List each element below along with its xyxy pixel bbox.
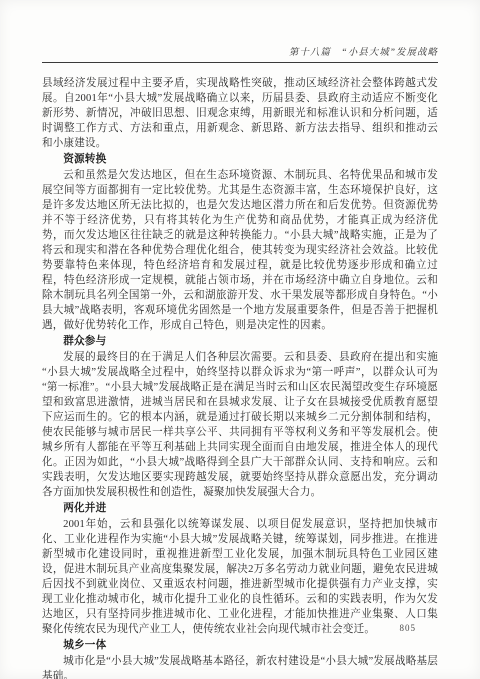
page-body: 县域经济发展过程中主要矛盾，实现战略性突破，推动区域经济社会整体跨越式发展。自2… — [42, 76, 438, 679]
section-heading-mass-participation: 群众参与 — [42, 334, 438, 349]
header-rule — [42, 62, 438, 63]
section-heading-urban-rural-integration: 城乡一体 — [42, 638, 438, 653]
section-body-dual-advancement: 2001年始，云和县强化以统筹谋发展、以项目促发展意识，坚持把加快城市化、工业化… — [42, 517, 438, 637]
section-heading-resource-conversion: 资源转换 — [42, 152, 438, 167]
page-number: 805 — [400, 623, 417, 633]
running-header: 第十八篇 “小县大城”发展战略 — [42, 44, 438, 62]
section-body-resource-conversion: 云和虽然是欠发达地区，但在生态环境资源、木制玩具、名特优果品和城市发展空间等方面… — [42, 168, 438, 333]
document-page: 第十八篇 “小县大城”发展战略 县域经济发展过程中主要矛盾，实现战略性突破，推动… — [0, 0, 480, 679]
section-body-mass-participation: 发展的最终目的在于满足人们各种层次需要。云和县委、县政府在提出和实施“小县大城”… — [42, 350, 438, 500]
section-heading-dual-advancement: 两化并进 — [42, 501, 438, 516]
section-body-urban-rural-integration: 城市化是“小县大城”发展战略基本路径，新农村建设是“小县大城”发展战略基层基础。 — [42, 654, 438, 679]
paragraph-intro: 县域经济发展过程中主要矛盾，实现战略性突破，推动区域经济社会整体跨越式发展。自2… — [42, 76, 438, 151]
